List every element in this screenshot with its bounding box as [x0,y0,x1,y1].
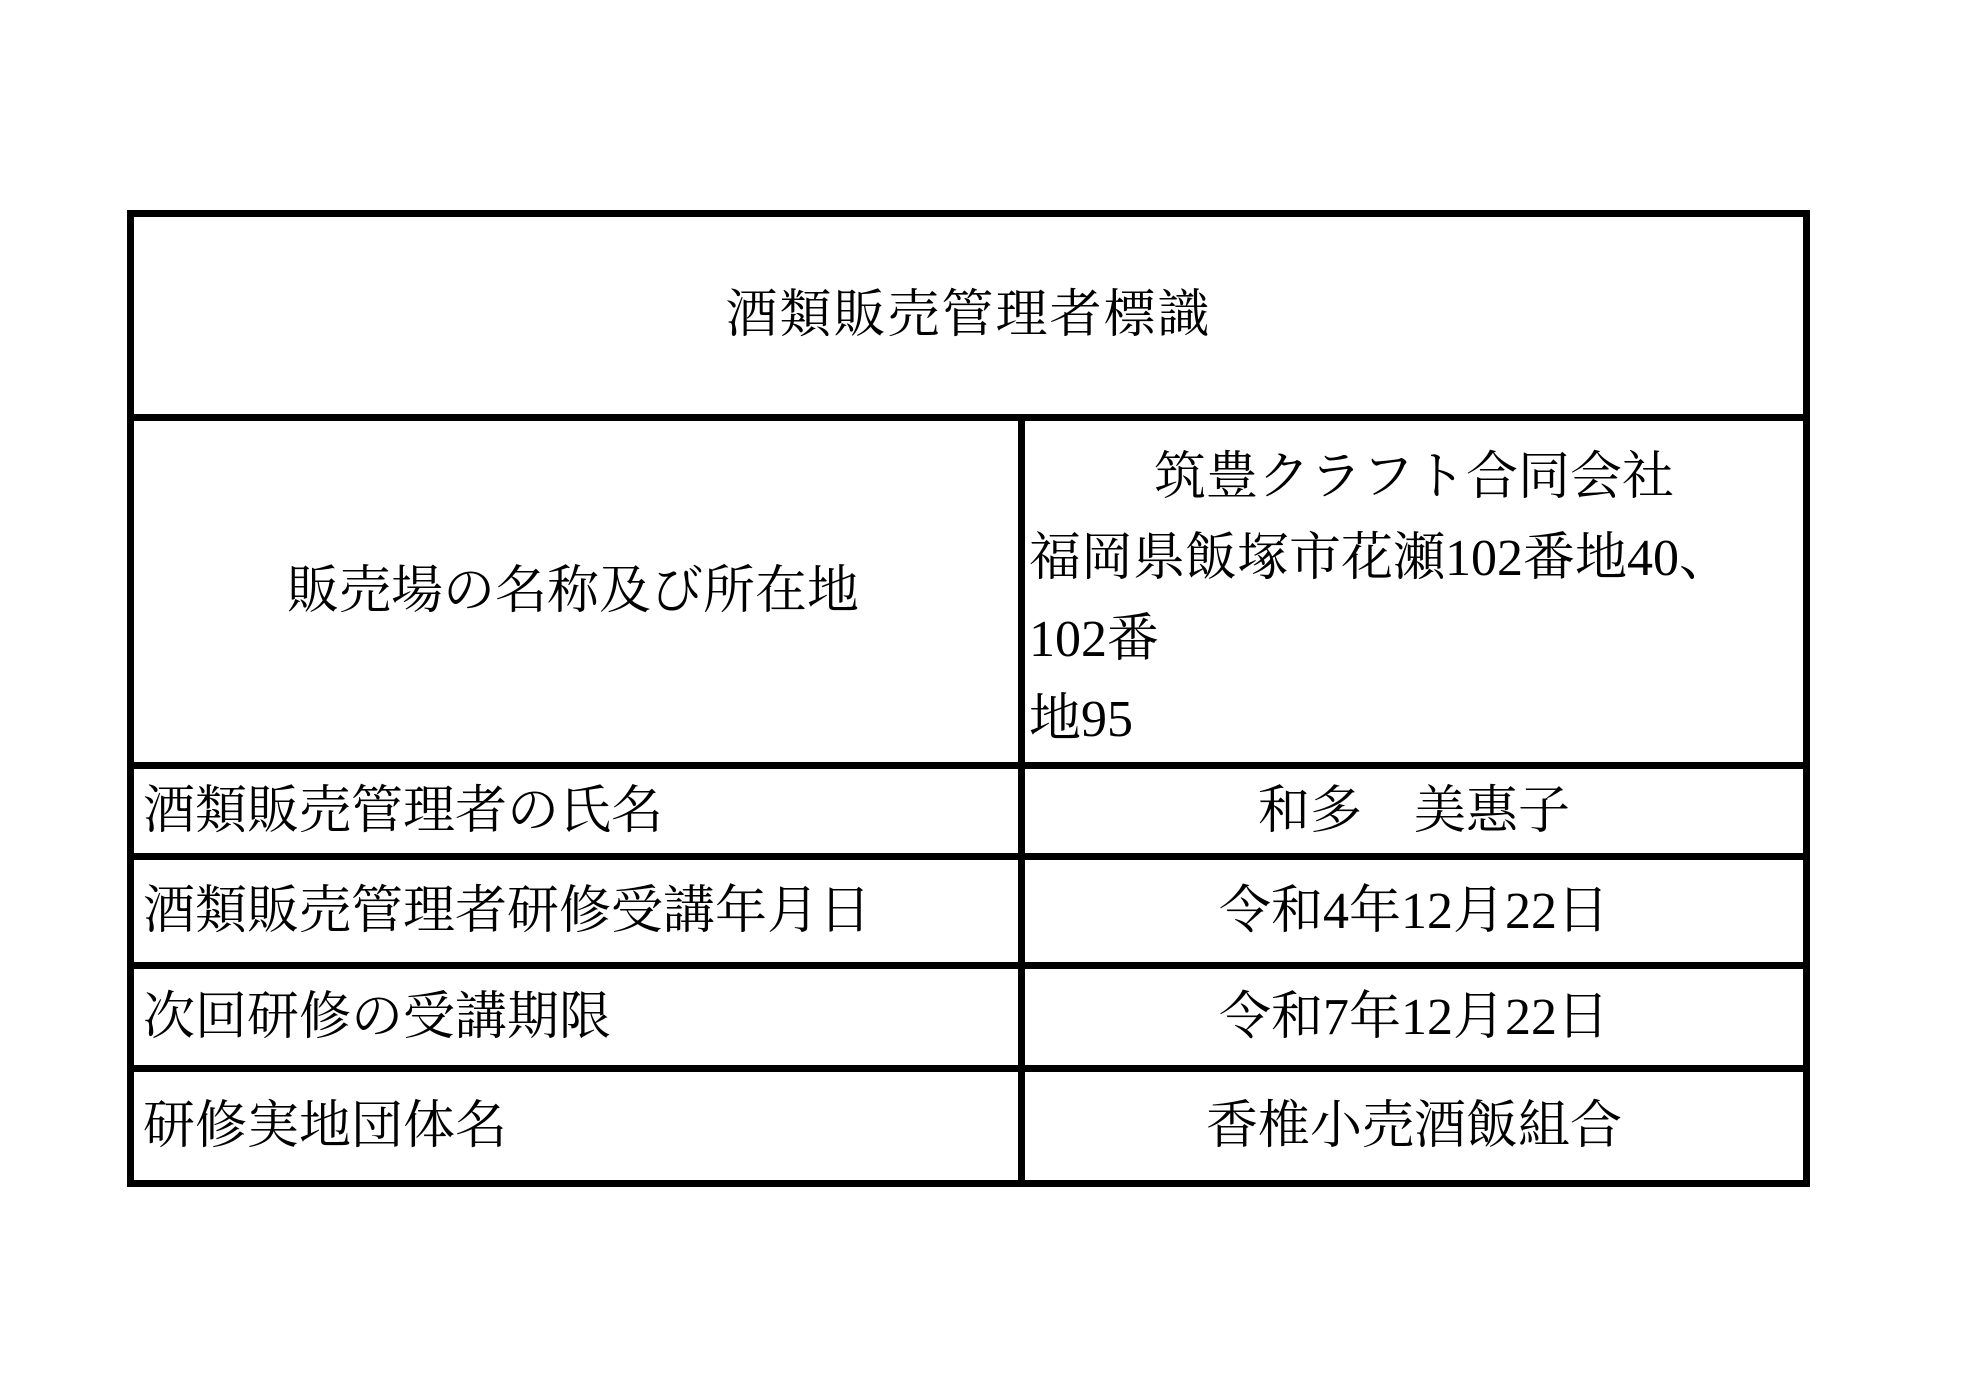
liquor-sales-manager-sign-table: 酒類販売管理者標識 販売場の名称及び所在地 筑豊クラフト合同会社 福岡県飯塚市花… [127,210,1810,1187]
label-training-organization: 研修実地団体名 [131,1069,1022,1184]
value-next-training-deadline: 令和7年12月22日 [1022,966,1807,1069]
label-manager-name: 酒類販売管理者の氏名 [131,766,1022,857]
company-name: 筑豊クラフト合同会社 [1029,438,1799,519]
document-page: 酒類販売管理者標識 販売場の名称及び所在地 筑豊クラフト合同会社 福岡県飯塚市花… [0,0,1964,1389]
row-training-date: 酒類販売管理者研修受講年月日 令和4年12月22日 [131,857,1807,966]
row-next-training-deadline: 次回研修の受講期限 令和7年12月22日 [131,966,1807,1069]
row-training-organization: 研修実地団体名 香椎小売酒飯組合 [131,1069,1807,1184]
row-manager-name: 酒類販売管理者の氏名 和多 美惠子 [131,766,1807,857]
value-training-date: 令和4年12月22日 [1022,857,1807,966]
row-premises: 販売場の名称及び所在地 筑豊クラフト合同会社 福岡県飯塚市花瀬102番地40、1… [131,418,1807,766]
value-manager-name: 和多 美惠子 [1022,766,1807,857]
label-next-training-deadline: 次回研修の受講期限 [131,966,1022,1069]
label-training-date: 酒類販売管理者研修受講年月日 [131,857,1022,966]
title-row: 酒類販売管理者標識 [131,214,1807,418]
address-line-1: 福岡県飯塚市花瀬102番地40、102番 [1029,519,1799,680]
label-premises-name-and-address: 販売場の名称及び所在地 [131,418,1022,766]
cell-premises-value: 筑豊クラフト合同会社 福岡県飯塚市花瀬102番地40、102番 地95 [1022,418,1807,766]
value-training-organization: 香椎小売酒飯組合 [1022,1069,1807,1184]
address-line-2: 地95 [1029,680,1799,761]
sign-title: 酒類販売管理者標識 [131,214,1807,418]
